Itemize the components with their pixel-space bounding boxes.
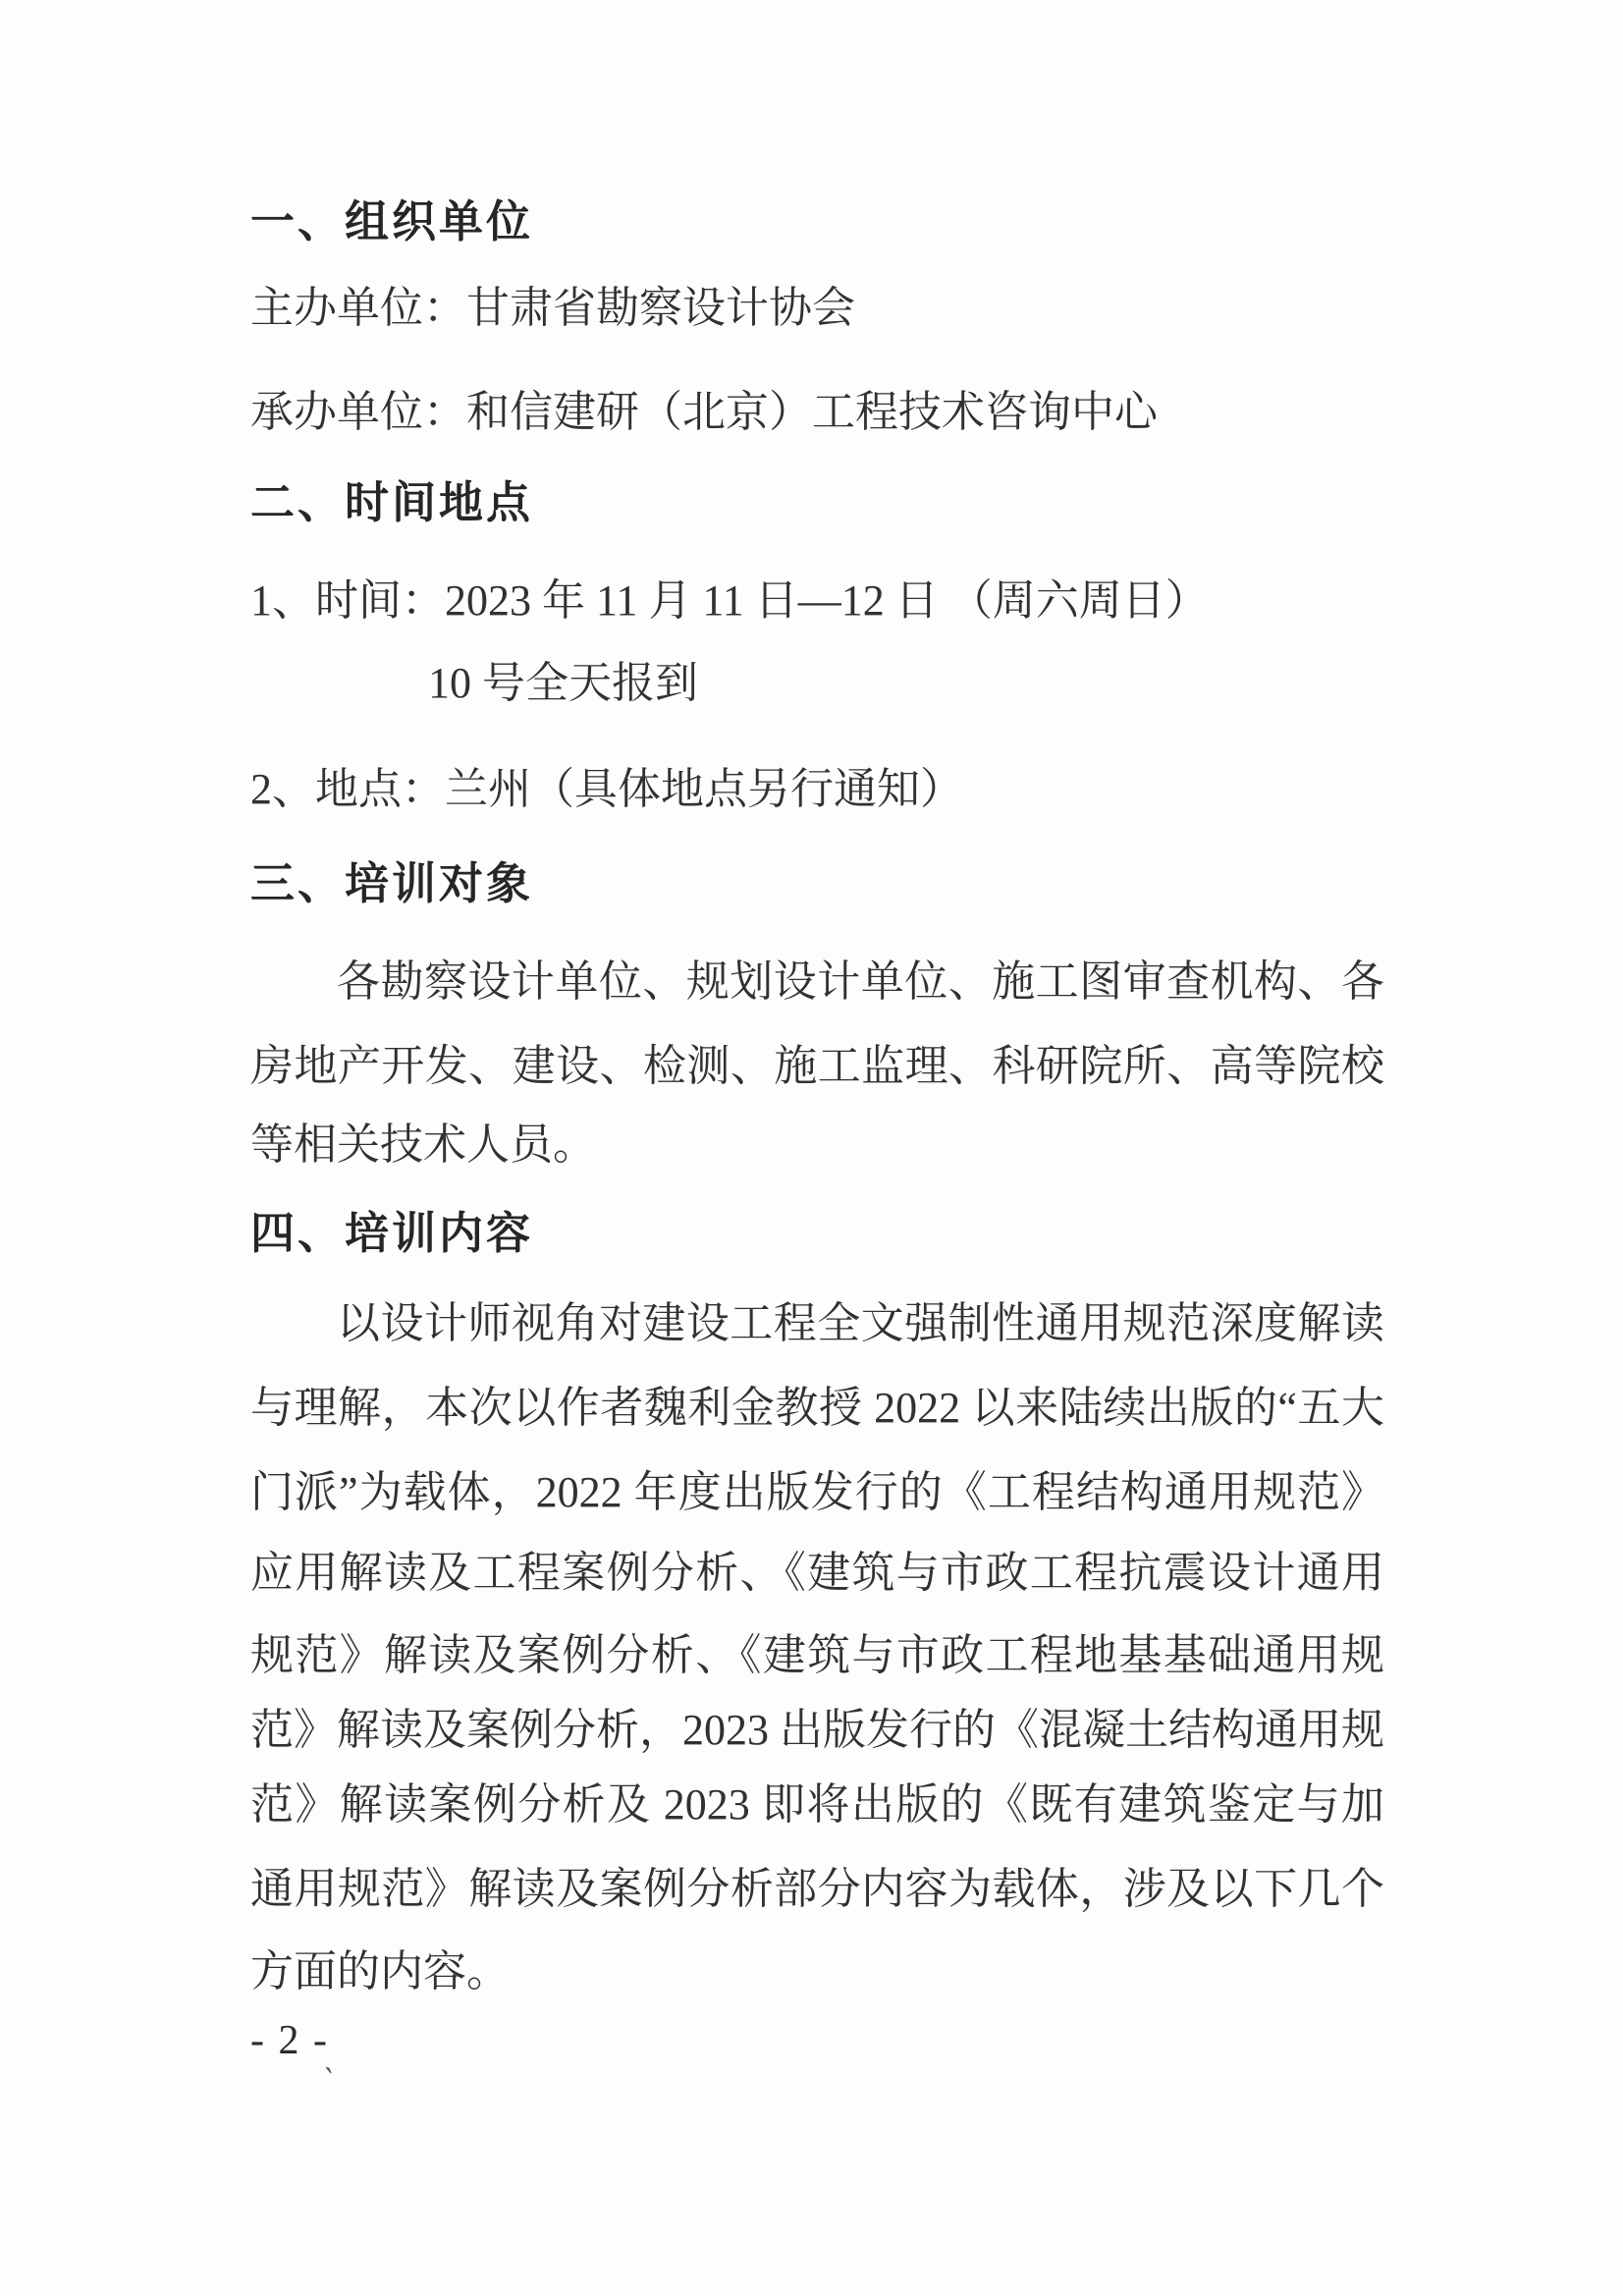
- line-place: 2、地点：兰州（具体地点另行通知）: [250, 760, 1384, 819]
- heading-time-place: 二、时间地点: [250, 473, 1384, 532]
- line-content-7: 范》解读案例分析及 2023 即将出版的《既有建筑鉴定与加固: [250, 1776, 1384, 1834]
- heading-training-content: 四、培训内容: [250, 1204, 1384, 1263]
- line-host-unit: 主办单位：甘肃省勘察设计协会: [250, 279, 1384, 338]
- page-number: - 2 -: [250, 2011, 1384, 2070]
- line-content-9: 方面的内容。: [250, 1942, 1384, 2001]
- line-content-6: 范》解读及案例分析，2023 出版发行的《混凝土结构通用规: [250, 1701, 1384, 1760]
- line-trainees-2: 房地产开发、建设、检测、施工监理、科研院所、高等院校: [250, 1037, 1384, 1096]
- line-content-1: 以设计师视角对建设工程全文强制性通用规范深度解读: [250, 1294, 1384, 1353]
- heading-trainees: 三、培训对象: [250, 854, 1384, 913]
- line-content-8: 通用规范》解读及案例分析部分内容为载体，涉及以下几个: [250, 1860, 1384, 1919]
- line-organizer-unit: 承办单位：和信建研（北京）工程技术咨询中心: [250, 383, 1384, 442]
- document-page: 一、组织单位 主办单位：甘肃省勘察设计协会 承办单位：和信建研（北京）工程技术咨…: [0, 0, 1623, 2296]
- line-content-3: 门派”为载体，2022 年度出版发行的《工程结构通用规范》: [250, 1463, 1384, 1522]
- line-content-4: 应用解读及工程案例分析、《建筑与市政工程抗震设计通用: [250, 1544, 1384, 1603]
- line-trainees-3: 等相关技术人员。: [250, 1116, 1384, 1175]
- line-content-5: 规范》解读及案例分析、《建筑与市政工程地基基础通用规: [250, 1626, 1384, 1685]
- line-content-2: 与理解，本次以作者魏利金教授 2022 以来陆续出版的“五大: [250, 1379, 1384, 1438]
- line-trainees-1: 各勘察设计单位、规划设计单位、施工图审查机构、各: [250, 953, 1384, 1011]
- heading-organizing-units: 一、组织单位: [250, 192, 1384, 251]
- line-time: 1、时间：2023 年 11 月 11 日—12 日 （周六周日）: [250, 572, 1384, 630]
- line-checkin: 10 号全天报到: [250, 654, 1384, 713]
